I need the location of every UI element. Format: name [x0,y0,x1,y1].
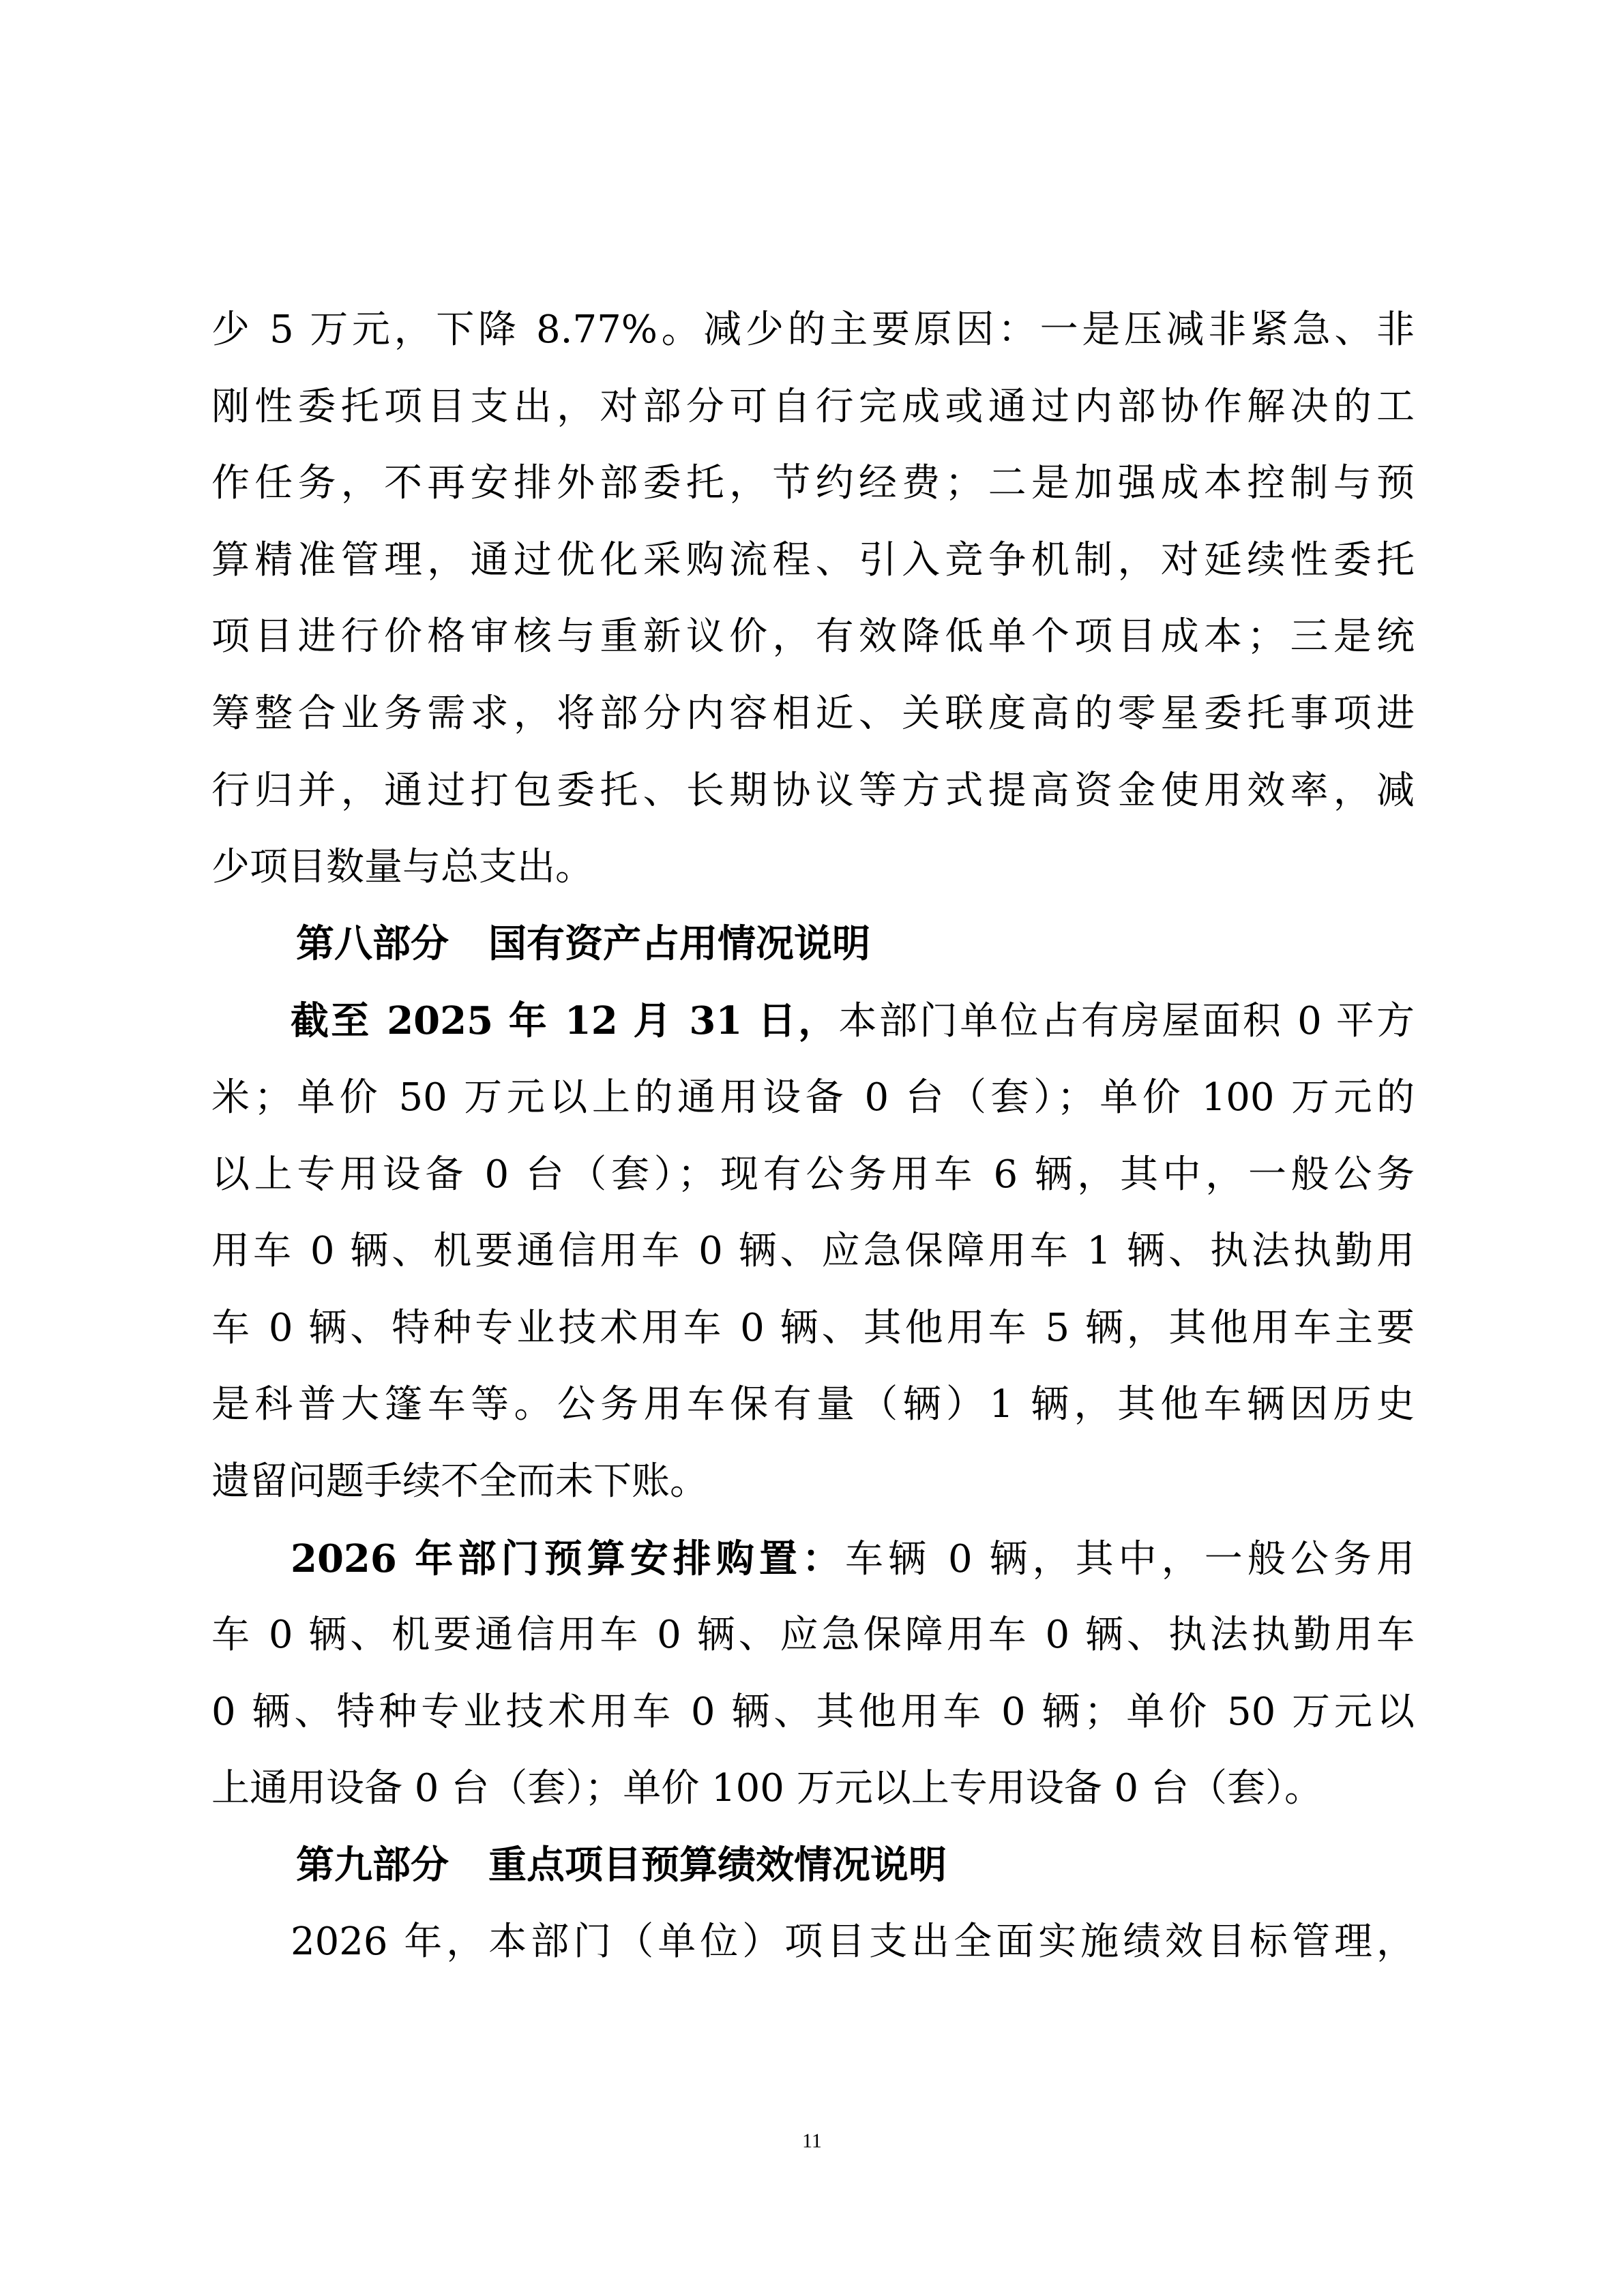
section-9-number: 第九部分 [296,1843,449,1888]
paragraph-expense-reduction-reasons: 少 5 万元，下降 8.77%。减少的主要原因：一是压减非紧急、非 刚性委托项目… [211,292,1415,906]
text-line-first: 截至 2025 年 12 月 31 日，本部门单位占有房屋面积 0 平方 [211,983,1415,1060]
text-line: 作任务，不再安排外部委托，节约经费；二是加强成本控制与预 [211,445,1415,522]
text-line: 0 辆、特种专业技术用车 0 辆、其他用车 0 辆；单价 50 万元以 [211,1674,1415,1751]
section-9-heading: 第九部分重点项目预算绩效情况说明 [211,1828,1415,1905]
text-line-first: 2026 年部门预算安排购置：车辆 0 辆，其中，一般公务用 [211,1521,1415,1598]
text-segment: 车辆 0 辆，其中，一般公务用 [845,1537,1415,1581]
text-line: 少 5 万元，下降 8.77%。减少的主要原因：一是压减非紧急、非 [211,292,1415,369]
text-line: 算精准管理，通过优化采购流程、引入竞争机制，对延续性委托 [211,522,1415,599]
text-line: 是科普大篷车等。公务用车保有量（辆）1 辆，其他车辆因历史 [211,1367,1415,1444]
paragraph-2026-purchases: 2026 年部门预算安排购置：车辆 0 辆，其中，一般公务用 车 0 辆、机要通… [211,1521,1415,1828]
body-text-column: 少 5 万元，下降 8.77%。减少的主要原因：一是压减非紧急、非 刚性委托项目… [211,292,1415,1981]
text-line: 筹整合业务需求，将部分内容相近、关联度高的零星委托事项进 [211,676,1415,753]
text-line: 车 0 辆、机要通信用车 0 辆、应急保障用车 0 辆、执法执勤用车 [211,1597,1415,1674]
section-8-number: 第八部分 [296,922,449,966]
text-line: 项目进行价格审核与重新议价，有效降低单个项目成本；三是统 [211,599,1415,676]
text-line: 用车 0 辆、机要通信用车 0 辆、应急保障用车 1 辆、执法执勤用 [211,1213,1415,1290]
text-line: 2026 年，本部门（单位）项目支出全面实施绩效目标管理， [211,1904,1415,1981]
document-page: 少 5 万元，下降 8.77%。减少的主要原因：一是压减非紧急、非 刚性委托项目… [0,0,1624,2296]
text-line: 车 0 辆、特种专业技术用车 0 辆、其他用车 5 辆，其他用车主要 [211,1290,1415,1367]
text-line: 刚性委托项目支出，对部分可自行完成或通过内部协作解决的工 [211,369,1415,446]
text-line: 以上专用设备 0 台（套）；现有公务用车 6 辆，其中，一般公务 [211,1137,1415,1214]
date-lead-in: 截至 2025 年 12 月 31 日， [291,998,839,1043]
text-segment: 本部门单位占有房屋面积 0 平方 [839,999,1415,1043]
purchase-lead-in: 2026 年部门预算安排购置： [291,1536,845,1581]
section-8-heading: 第八部分国有资产占用情况说明 [211,906,1415,983]
text-line: 行归并，通过打包委托、长期协议等方式提高资金使用效率，减 [211,753,1415,830]
paragraph-state-assets: 截至 2025 年 12 月 31 日，本部门单位占有房屋面积 0 平方 米；单… [211,983,1415,1520]
paragraph-performance-management: 2026 年，本部门（单位）项目支出全面实施绩效目标管理， [211,1904,1415,1981]
section-9-title: 重点项目预算绩效情况说明 [488,1843,947,1888]
section-8-title: 国有资产占用情况说明 [488,922,870,966]
text-line: 遗留问题手续不全而未下账。 [211,1444,1415,1521]
page-number: 11 [0,2128,1624,2155]
text-line: 上通用设备 0 台（套）；单价 100 万元以上专用设备 0 台（套）。 [211,1750,1415,1828]
text-line: 米；单价 50 万元以上的通用设备 0 台（套）；单价 100 万元的 [211,1060,1415,1137]
text-line: 少项目数量与总支出。 [211,829,1415,906]
